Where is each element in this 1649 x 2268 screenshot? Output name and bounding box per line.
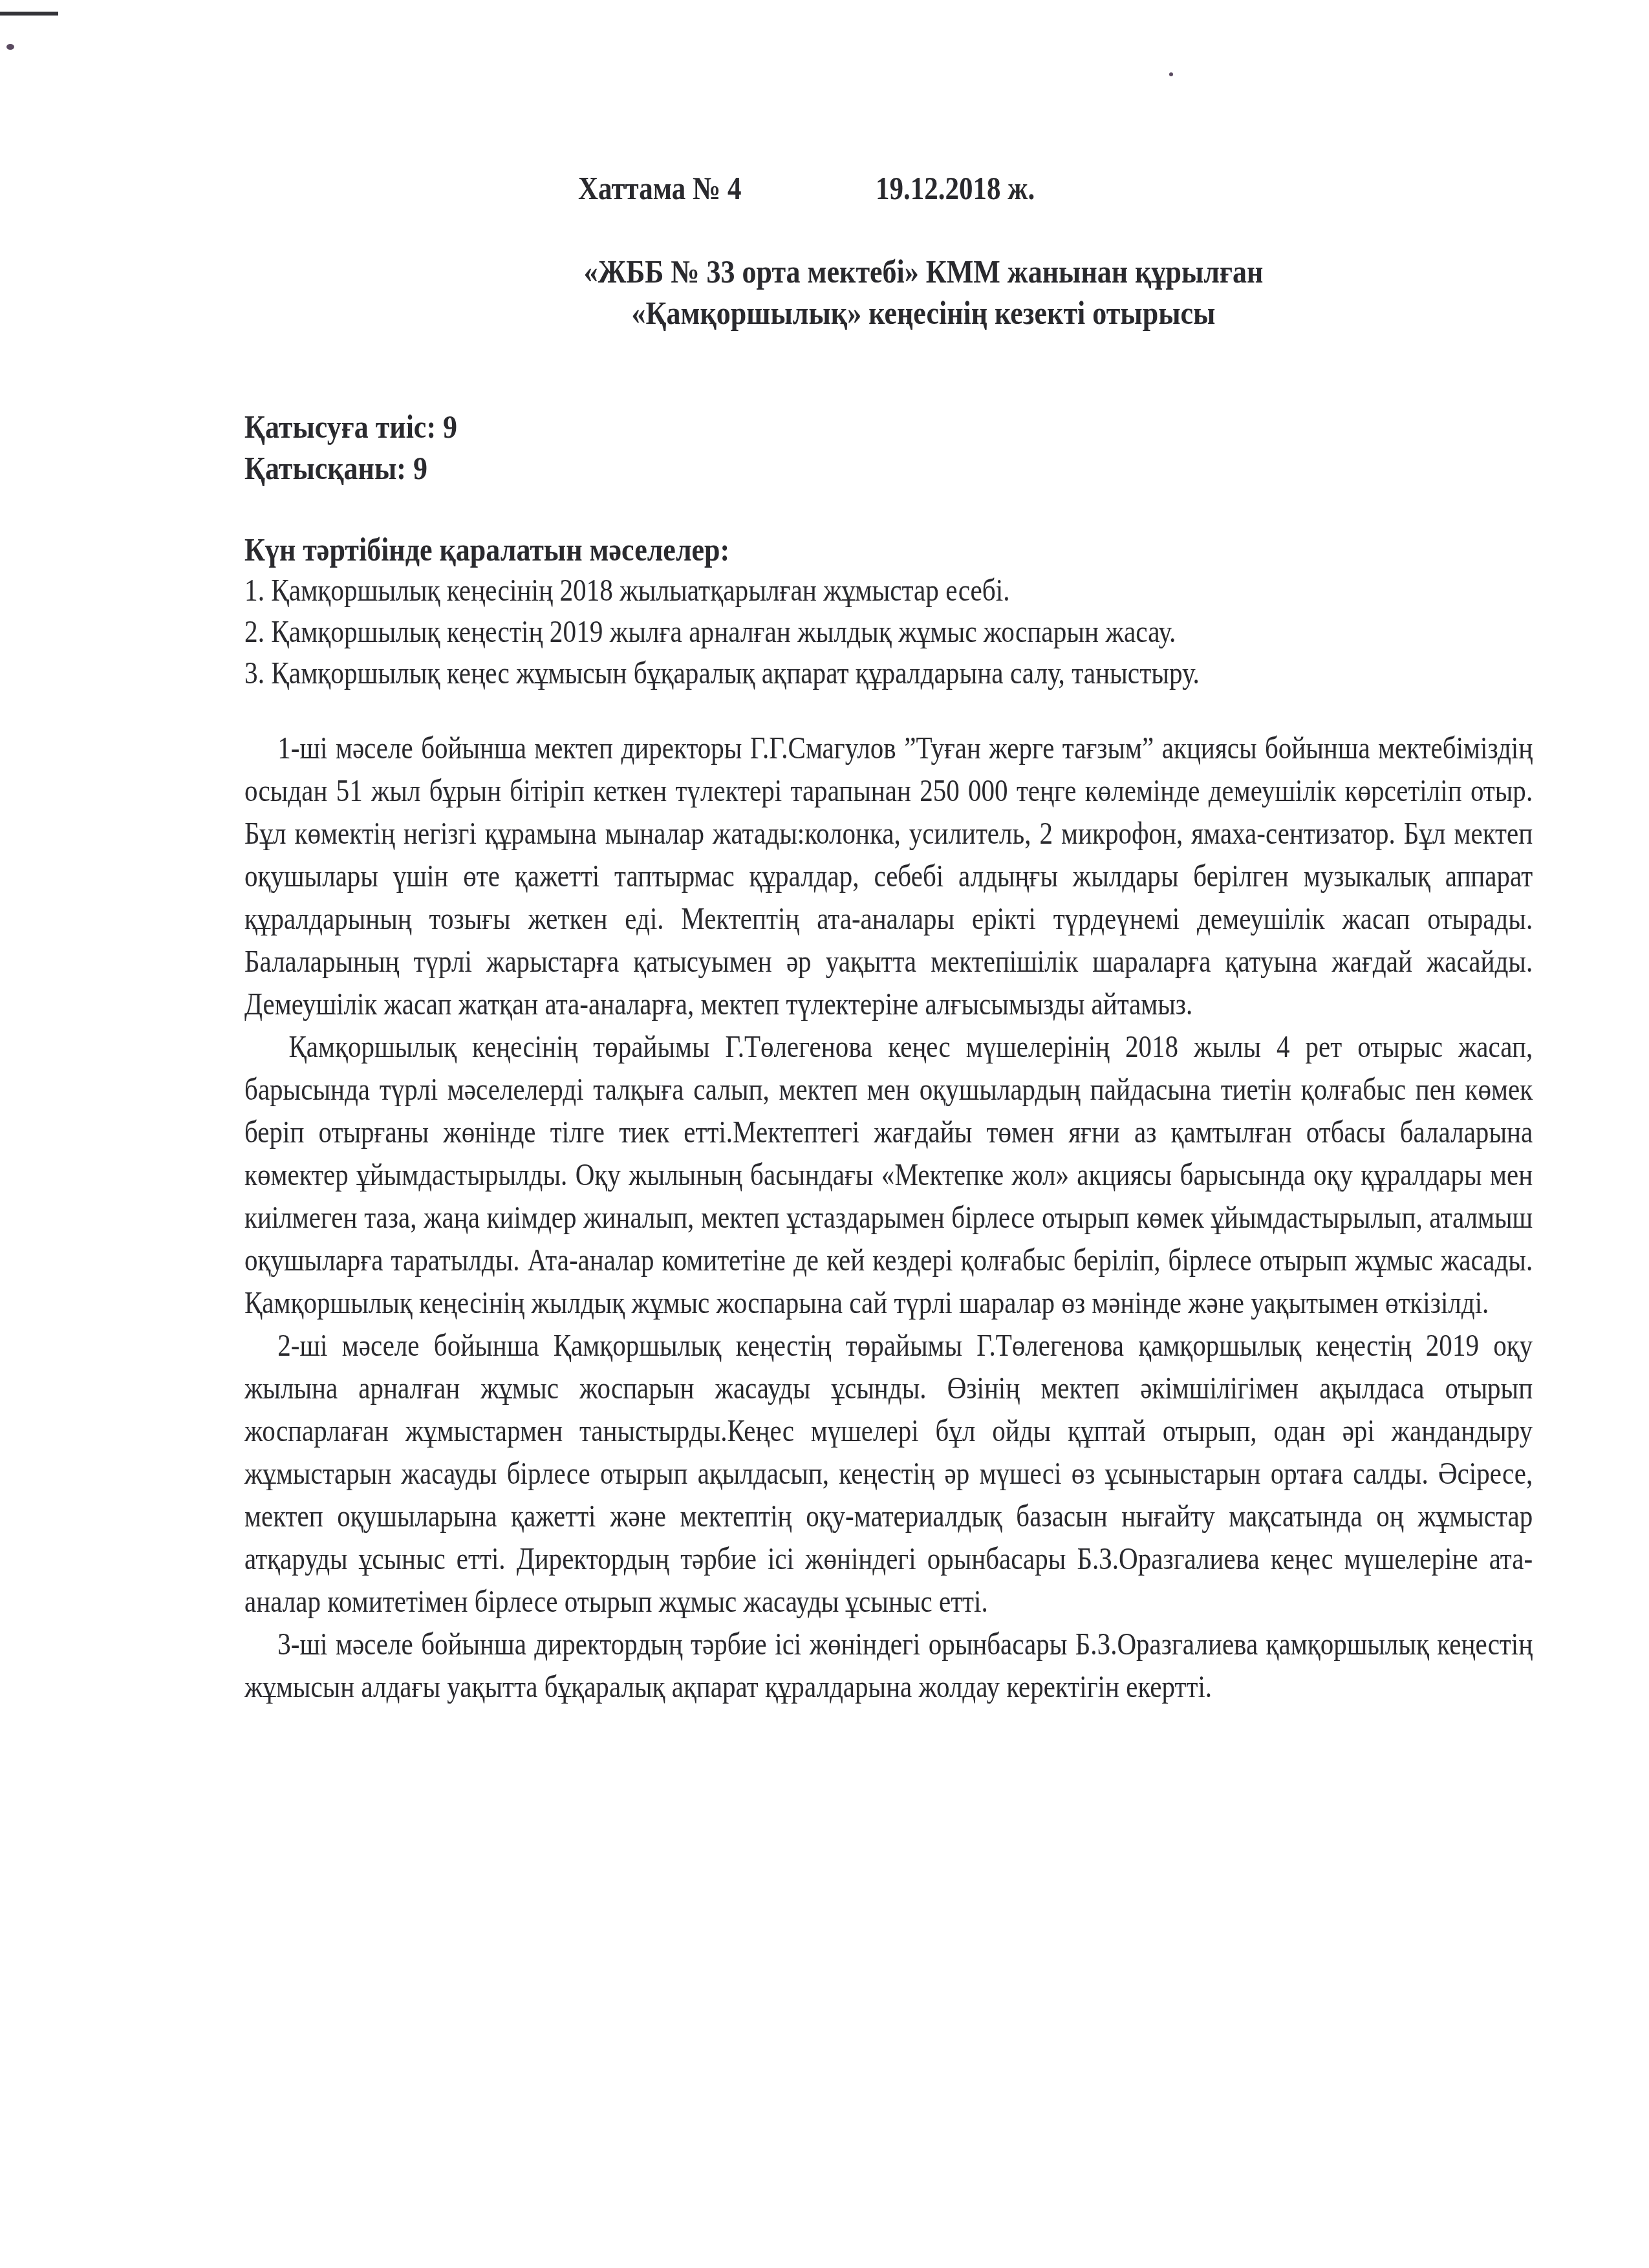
attendance-expected: Қатысуға тиіс: 9 bbox=[244, 406, 457, 447]
agenda-item: 2. Қамқоршылық кеңестің 2019 жылға арнал… bbox=[244, 612, 1524, 653]
paragraph-issue-1: 1-ші мәселе бойынша мектеп директоры Г.Г… bbox=[244, 727, 1533, 1026]
paragraph-text: 1-ші мәселе бойынша мектеп директоры Г.Г… bbox=[244, 731, 1533, 1022]
scan-artifact-dot bbox=[1169, 72, 1173, 76]
attendance-block: Қатысуға тиіс: 9 Қатысқаны: 9 bbox=[244, 406, 457, 489]
paragraph-text: 3-ші мәселе бойынша директордың тәрбие і… bbox=[244, 1627, 1533, 1704]
scan-artifact-dot bbox=[6, 44, 14, 50]
document-subtitle: «ЖББ № 33 орта мектебі» КММ жанынан құры… bbox=[497, 251, 1350, 334]
agenda-section: Күн тәртібінде қаралатын мәселелер: 1. Қ… bbox=[244, 529, 1649, 694]
subtitle-line-2: «Қамқоршылық» кеңесінің кезекті отырысы bbox=[497, 292, 1350, 334]
paragraph-council-report: Қамқоршылық кеңесінің төрайымы Г.Төлеген… bbox=[244, 1026, 1533, 1325]
paragraph-issue-3: 3-ші мәселе бойынша директордың тәрбие і… bbox=[244, 1623, 1533, 1709]
agenda-heading: Күн тәртібінде қаралатын мәселелер: bbox=[244, 529, 1553, 570]
agenda-item: 1. Қамқоршылық кеңесінің 2018 жылыатқары… bbox=[244, 570, 1524, 612]
paragraph-text: 2-ші мәселе бойынша Қамқоршылық кеңестің… bbox=[244, 1329, 1533, 1619]
attendance-present: Қатысқаны: 9 bbox=[244, 447, 457, 489]
scan-artifact-bar bbox=[0, 12, 58, 16]
subtitle-line-1: «ЖББ № 33 орта мектебі» КММ жанынан құры… bbox=[497, 251, 1350, 292]
paragraph-issue-2: 2-ші мәселе бойынша Қамқоршылық кеңестің… bbox=[244, 1325, 1533, 1623]
protocol-number: Хаттама № 4 bbox=[578, 169, 741, 207]
paragraph-text: Қамқоршылық кеңесінің төрайымы Г.Төлеген… bbox=[244, 1030, 1533, 1320]
agenda-item: 3. Қамқоршылық кеңес жұмысын бұқаралық а… bbox=[244, 653, 1524, 694]
minutes-body: 1-ші мәселе бойынша мектеп директоры Г.Г… bbox=[244, 727, 1649, 1709]
protocol-date: 19.12.2018 ж. bbox=[876, 169, 1035, 207]
